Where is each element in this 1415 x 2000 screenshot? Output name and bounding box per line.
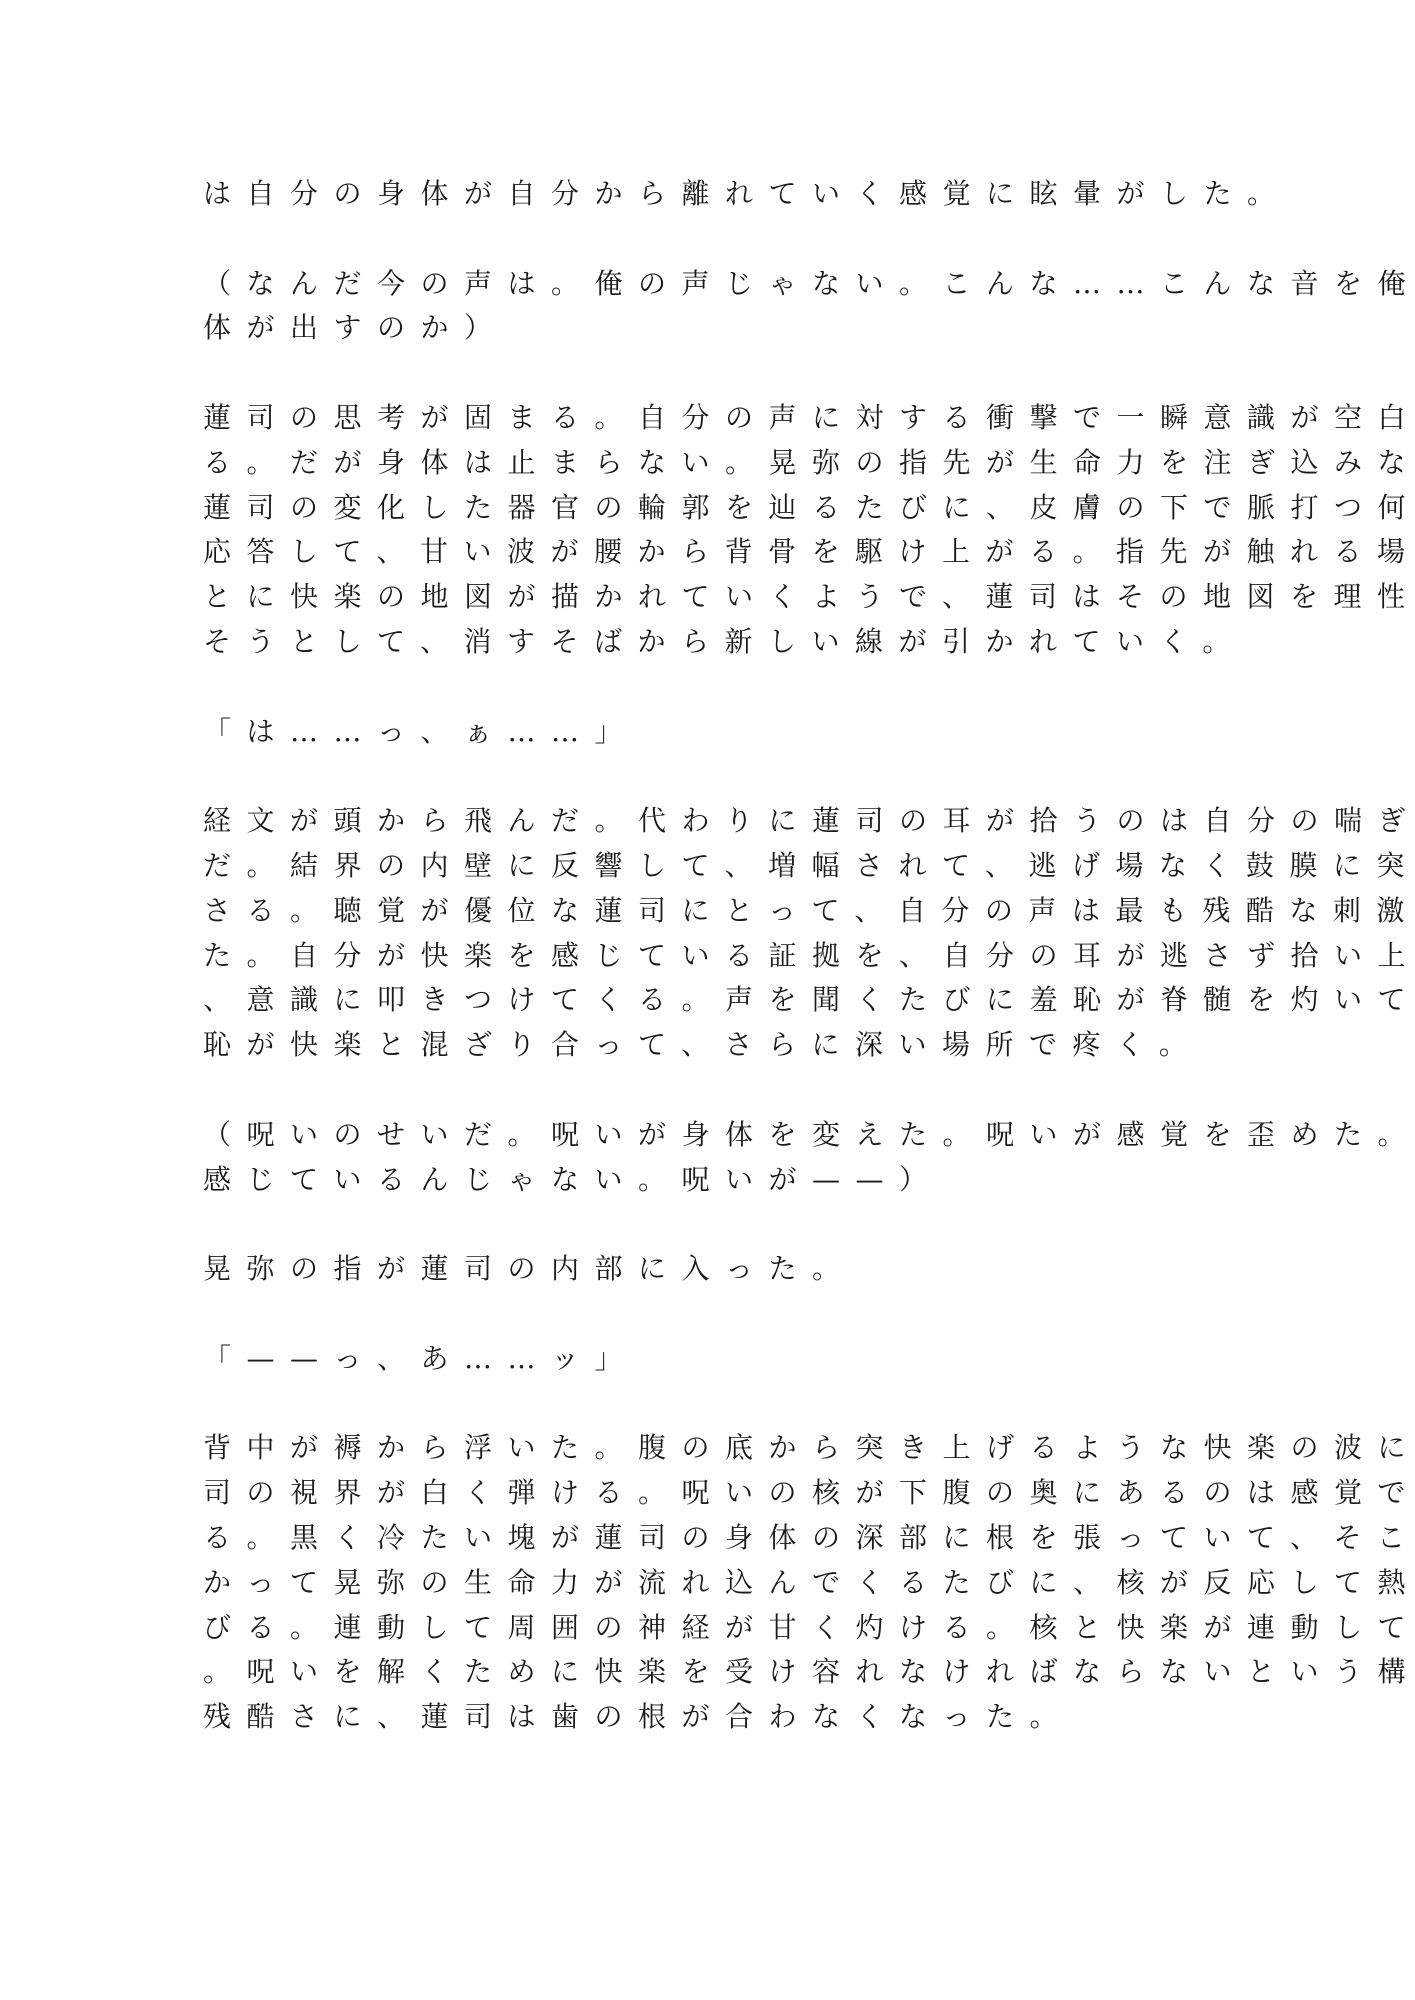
paragraph-spacer (203, 217, 1163, 262)
paragraph-spacer (203, 665, 1163, 710)
paragraph: 晃弥の指が蓮司の内部に入った。 (203, 1247, 1163, 1292)
text-line: 司の視界が白く弾ける。呪いの核が下腹の奥にあるのは感覚で分か (203, 1471, 1163, 1516)
paragraph: 蓮司の思考が固まる。自分の声に対する衝撃で一瞬意識が空白にな る。だが身体は止ま… (203, 396, 1163, 665)
text-line: る。だが身体は止まらない。晃弥の指先が生命力を注ぎ込みながら (203, 441, 1163, 486)
text-line: は自分の身体が自分から離れていく感覚に眩暈がした。 (203, 172, 1163, 217)
paragraph-spacer (203, 351, 1163, 396)
text-line: 感じているんじゃない。呪いが——） (203, 1158, 1163, 1203)
text-line: （呪いのせいだ。呪いが身体を変えた。呪いが感覚を歪めた。俺が (203, 1113, 1163, 1158)
text-line: 応答して、甘い波が腰から背骨を駆け上がる。指先が触れる場所ご (203, 530, 1163, 575)
text-line: 背中が褥から浮いた。腹の底から突き上げるような快楽の波に、蓮 (203, 1426, 1163, 1471)
text-line: た。自分が快楽を感じている証拠を、自分の耳が逃さず拾い上げて (203, 934, 1163, 979)
paragraph-spacer (203, 1292, 1163, 1337)
text-line: 体が出すのか） (203, 306, 1163, 351)
paragraph: 「は……っ、ぁ……」 (203, 710, 1163, 755)
text-line: 「は……っ、ぁ……」 (203, 710, 1163, 755)
text-line: だ。結界の内壁に反響して、増幅されて、逃げ場なく鼓膜に突き刺 (203, 844, 1163, 889)
text-line: 残酷さに、蓮司は歯の根が合わなくなった。 (203, 1695, 1163, 1740)
paragraph: （なんだ今の声は。俺の声じゃない。こんな……こんな音を俺の身 体が出すのか） (203, 262, 1163, 352)
text-line: 経文が頭から飛んだ。代わりに蓮司の耳が拾うのは自分の喘ぎだけ (203, 799, 1163, 844)
text-line: 晃弥の指が蓮司の内部に入った。 (203, 1247, 1163, 1292)
document-page: は自分の身体が自分から離れていく感覚に眩暈がした。 （なんだ今の声は。俺の声じゃ… (203, 172, 1163, 1740)
text-line: 、意識に叩きつけてくる。声を聞くたびに羞恥が脊髄を灼いて、羞 (203, 978, 1163, 1023)
text-line: そうとして、消すそばから新しい線が引かれていく。 (203, 620, 1163, 665)
text-line: さる。聴覚が優位な蓮司にとって、自分の声は最も残酷な刺激だっ (203, 889, 1163, 934)
paragraph-spacer (203, 1202, 1163, 1247)
text-line: 。呪いを解くために快楽を受け容れなければならないという構造の (203, 1650, 1163, 1695)
text-line: とに快楽の地図が描かれていくようで、蓮司はその地図を理性で消 (203, 575, 1163, 620)
paragraph-spacer (203, 754, 1163, 799)
paragraph: 背中が褥から浮いた。腹の底から突き上げるような快楽の波に、蓮 司の視界が白く弾け… (203, 1426, 1163, 1740)
paragraph: は自分の身体が自分から離れていく感覚に眩暈がした。 (203, 172, 1163, 217)
text-line: 恥が快楽と混ざり合って、さらに深い場所で疼く。 (203, 1023, 1163, 1068)
paragraph-spacer (203, 1068, 1163, 1113)
text-line: 「——っ、あ……ッ」 (203, 1337, 1163, 1382)
text-line: 蓮司の思考が固まる。自分の声に対する衝撃で一瞬意識が空白にな (203, 396, 1163, 441)
paragraph: 「——っ、あ……ッ」 (203, 1337, 1163, 1382)
paragraph: （呪いのせいだ。呪いが身体を変えた。呪いが感覚を歪めた。俺が 感じているんじゃな… (203, 1113, 1163, 1203)
text-line: る。黒く冷たい塊が蓮司の身体の深部に根を張っていて、そこに向 (203, 1516, 1163, 1561)
text-line: 蓮司の変化した器官の輪郭を辿るたびに、皮膚の下で脈打つ何かが (203, 486, 1163, 531)
paragraph-spacer (203, 1382, 1163, 1427)
text-line: かって晃弥の生命力が流れ込んでくるたびに、核が反応して熱を帯 (203, 1561, 1163, 1606)
text-line: （なんだ今の声は。俺の声じゃない。こんな……こんな音を俺の身 (203, 262, 1163, 307)
text-line: びる。連動して周囲の神経が甘く灼ける。核と快楽が連動している (203, 1606, 1163, 1651)
paragraph: 経文が頭から飛んだ。代わりに蓮司の耳が拾うのは自分の喘ぎだけ だ。結界の内壁に反… (203, 799, 1163, 1068)
